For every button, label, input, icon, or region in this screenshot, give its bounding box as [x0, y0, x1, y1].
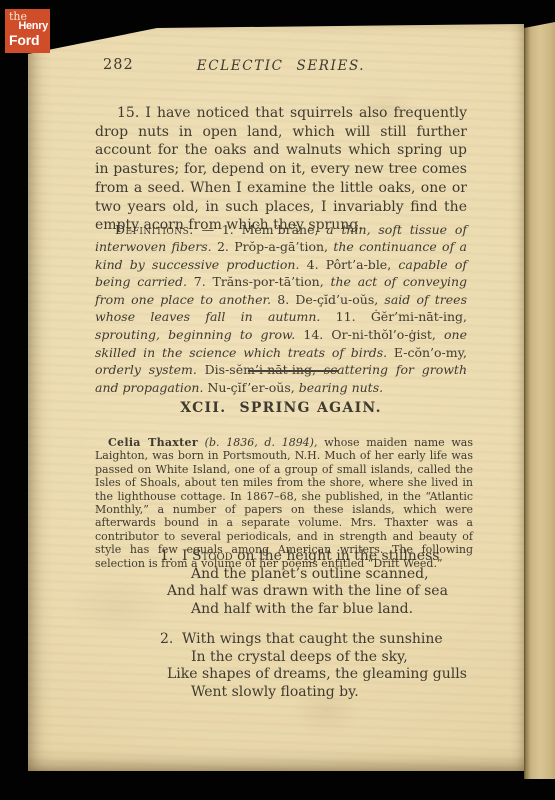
poem-line: Went slowly floating by. — [191, 684, 467, 702]
poem-line-text: And half was drawn with the line of sea — [167, 583, 448, 599]
section-heading-title: SPRING AGAIN. — [239, 400, 381, 416]
poem-line: 1.I Stood on the height in the stillness — [160, 548, 467, 566]
poem-line: Like shapes of dreams, the gleaming gull… — [167, 666, 467, 684]
poem-line: And half with the far blue land. — [191, 601, 467, 619]
poem-line-text: Like shapes of dreams, the gleaming gull… — [167, 666, 467, 682]
definition-term: Pôrt’a-ble, — [326, 257, 391, 272]
watermark-word-henry: Henry — [18, 20, 48, 32]
definition-text: bearing nuts. — [299, 380, 383, 395]
poem-line-text: Went slowly floating by. — [191, 684, 359, 700]
poem-line: 2.With wings that caught the sunshine — [160, 631, 467, 649]
poem-line-text: With wings that caught the sunshine — [182, 631, 443, 647]
poem-line-segment: on the height in the stillness — [233, 548, 440, 564]
poem-line-text: And half with the far blue land. — [191, 601, 413, 617]
definition-term: Or-ni-thŏl’o-ġist, — [331, 327, 435, 342]
page-header: 282 ECLECTIC SERIES. — [95, 57, 467, 77]
adjacent-page-edge — [524, 22, 555, 779]
lesson-paragraph: 15. I have noticed that squirrels also f… — [95, 104, 467, 235]
definition-term: Ġĕr’mi-nāt-ing, — [371, 309, 467, 324]
poem-line: And the planet’s outline scanned, — [191, 566, 467, 584]
poem-line-segment: Stood — [192, 548, 233, 564]
running-title: ECLECTIC SERIES. — [95, 58, 467, 74]
author-name: Celia Thaxter — [108, 436, 198, 449]
section-heading: XCII.SPRING AGAIN. — [95, 400, 467, 416]
definition-term: Trăns-por-tā’tion, — [212, 274, 323, 289]
poem-line-text: In the crystal deeps of the sky, — [191, 649, 408, 665]
poem-line-segment: I — [182, 548, 192, 564]
page-content: 282 ECLECTIC SERIES. 15. I have noticed … — [95, 20, 471, 771]
definition-term: Mĕm’brāne, — [242, 222, 319, 237]
definition-term: De-çĭd’u-oŭs, — [295, 292, 378, 307]
poem-line-text: And the planet’s outline scanned, — [191, 566, 429, 582]
henry-ford-watermark: the Henry Ford — [5, 9, 50, 53]
stanza: 2.With wings that caught the sunshineIn … — [95, 631, 467, 701]
definition-term: Nu-çĭf’er-oŭs, — [207, 380, 294, 395]
poem-line: And half was drawn with the line of sea — [167, 583, 467, 601]
book-page-scan: 282 ECLECTIC SERIES. 15. I have noticed … — [28, 20, 524, 771]
poem-line: In the crystal deeps of the sky, — [191, 649, 467, 667]
definitions-label: Definitions. — [115, 222, 194, 237]
author-dates: (b. 1836, d. 1894), — [205, 436, 318, 449]
watermark-word-ford: Ford — [9, 32, 39, 48]
definition-text: sprouting, beginning to grow. — [95, 327, 295, 342]
definition-term: Prŏp-a-gā’tion, — [234, 239, 328, 254]
poem-line-text: I Stood on the height in the stillness — [182, 548, 439, 564]
definition-text: orderly system. — [95, 362, 197, 377]
definition-term: E-cŏn’o-my, — [394, 345, 467, 360]
poem: 1.I Stood on the height in the stillness… — [95, 548, 467, 714]
section-heading-number: XCII. — [180, 400, 226, 416]
stanza-number: 2. — [160, 631, 182, 649]
section-divider — [248, 370, 338, 372]
stanza-number: 1. — [160, 548, 182, 566]
stanza: 1.I Stood on the height in the stillness… — [95, 548, 467, 618]
